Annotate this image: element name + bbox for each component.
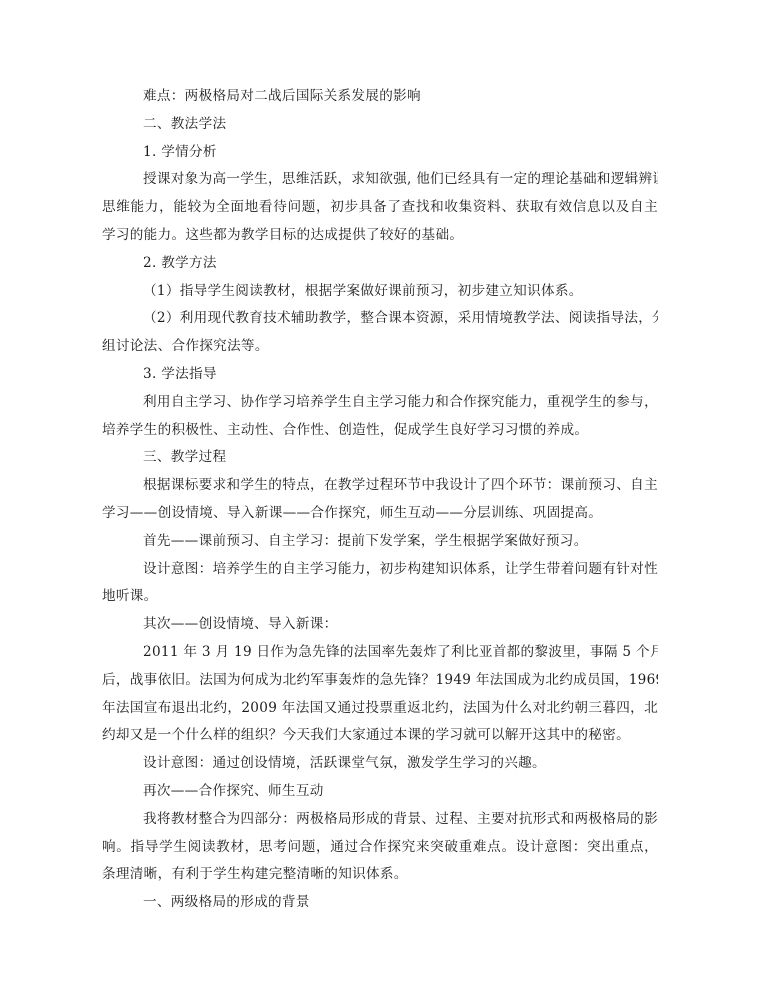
text-line: 1. 学情分析 bbox=[102, 139, 658, 167]
text-line: 约却又是一个什么样的组织？今天我们大家通过本课的学习就可以解开这其中的秘密。 bbox=[102, 722, 658, 750]
text-line: 首先——课前预习、自主学习：提前下发学案，学生根据学案做好预习。 bbox=[102, 528, 658, 556]
text-line: 设计意图：培养学生的自主学习能力，初步构建知识体系，让学生带着问题有针对性 bbox=[102, 556, 658, 584]
text-line: 2. 教学方法 bbox=[102, 250, 658, 278]
text-line: 设计意图：通过创设情境，活跃课堂气氛，激发学生学习的兴趣。 bbox=[102, 750, 658, 778]
text-line: 二、教法学法 bbox=[102, 111, 658, 139]
text-line: 其次——创设情境、导入新课： bbox=[102, 611, 658, 639]
text-line: 难点：两极格局对二战后国际关系发展的影响 bbox=[102, 83, 658, 111]
text-line: 思维能力，能较为全面地看待问题，初步具备了查找和收集资料、获取有效信息以及自主 bbox=[102, 194, 658, 222]
text-line: 学习的能力。这些都为教学目标的达成提供了较好的基础。 bbox=[102, 222, 658, 250]
text-line: 利用自主学习、协作学习培养学生自主学习能力和合作探究能力，重视学生的参与， bbox=[102, 389, 658, 417]
text-line: 培养学生的积极性、主动性、合作性、创造性，促成学生良好学习习惯的养成。 bbox=[102, 417, 658, 445]
text-line: 三、教学过程 bbox=[102, 444, 658, 472]
text-line: 后，战事依旧。法国为何成为北约军事轰炸的急先锋？1949 年法国成为北约成员国，… bbox=[102, 667, 658, 695]
text-line: 响。指导学生阅读教材，思考问题，通过合作探究来突破重难点。设计意图：突出重点， bbox=[102, 834, 658, 862]
text-line: 组讨论法、合作探究法等。 bbox=[102, 333, 658, 361]
text-line: 年法国宣布退出北约，2009 年法国又通过投票重返北约，法国为什么对北约朝三暮四… bbox=[102, 695, 658, 723]
document-text-block: 难点：两极格局对二战后国际关系发展的影响二、教法学法1. 学情分析授课对象为高一… bbox=[102, 83, 658, 917]
text-line: 根据课标要求和学生的特点，在教学过程环节中我设计了四个环节：课前预习、自主 bbox=[102, 472, 658, 500]
text-line: 2011 年 3 月 19 日作为急先锋的法国率先轰炸了利比亚首都的黎波里，事隔… bbox=[102, 639, 658, 667]
text-line: 再次——合作探究、师生互动 bbox=[102, 778, 658, 806]
text-line: 3. 学法指导 bbox=[102, 361, 658, 389]
text-line: 条理清晰，有利于学生构建完整清晰的知识体系。 bbox=[102, 861, 658, 889]
text-line: 授课对象为高一学生，思维活跃，求知欲强, 他们已经具有一定的理论基础和逻辑辨证 bbox=[102, 166, 658, 194]
text-line: （2）利用现代教育技术辅助教学，整合课本资源，采用情境教学法、阅读指导法，分 bbox=[102, 305, 658, 333]
text-line: （1）指导学生阅读教材，根据学案做好课前预习，初步建立知识体系。 bbox=[102, 278, 658, 306]
text-line: 地听课。 bbox=[102, 583, 658, 611]
text-line: 我将教材整合为四部分：两极格局形成的背景、过程、主要对抗形式和两极格局的影 bbox=[102, 806, 658, 834]
text-line: 一、两级格局的形成的背景 bbox=[102, 889, 658, 917]
text-line: 学习——创设情境、导入新课——合作探究，师生互动——分层训练、巩固提高。 bbox=[102, 500, 658, 528]
document-page: 难点：两极格局对二战后国际关系发展的影响二、教法学法1. 学情分析授课对象为高一… bbox=[0, 0, 770, 1000]
